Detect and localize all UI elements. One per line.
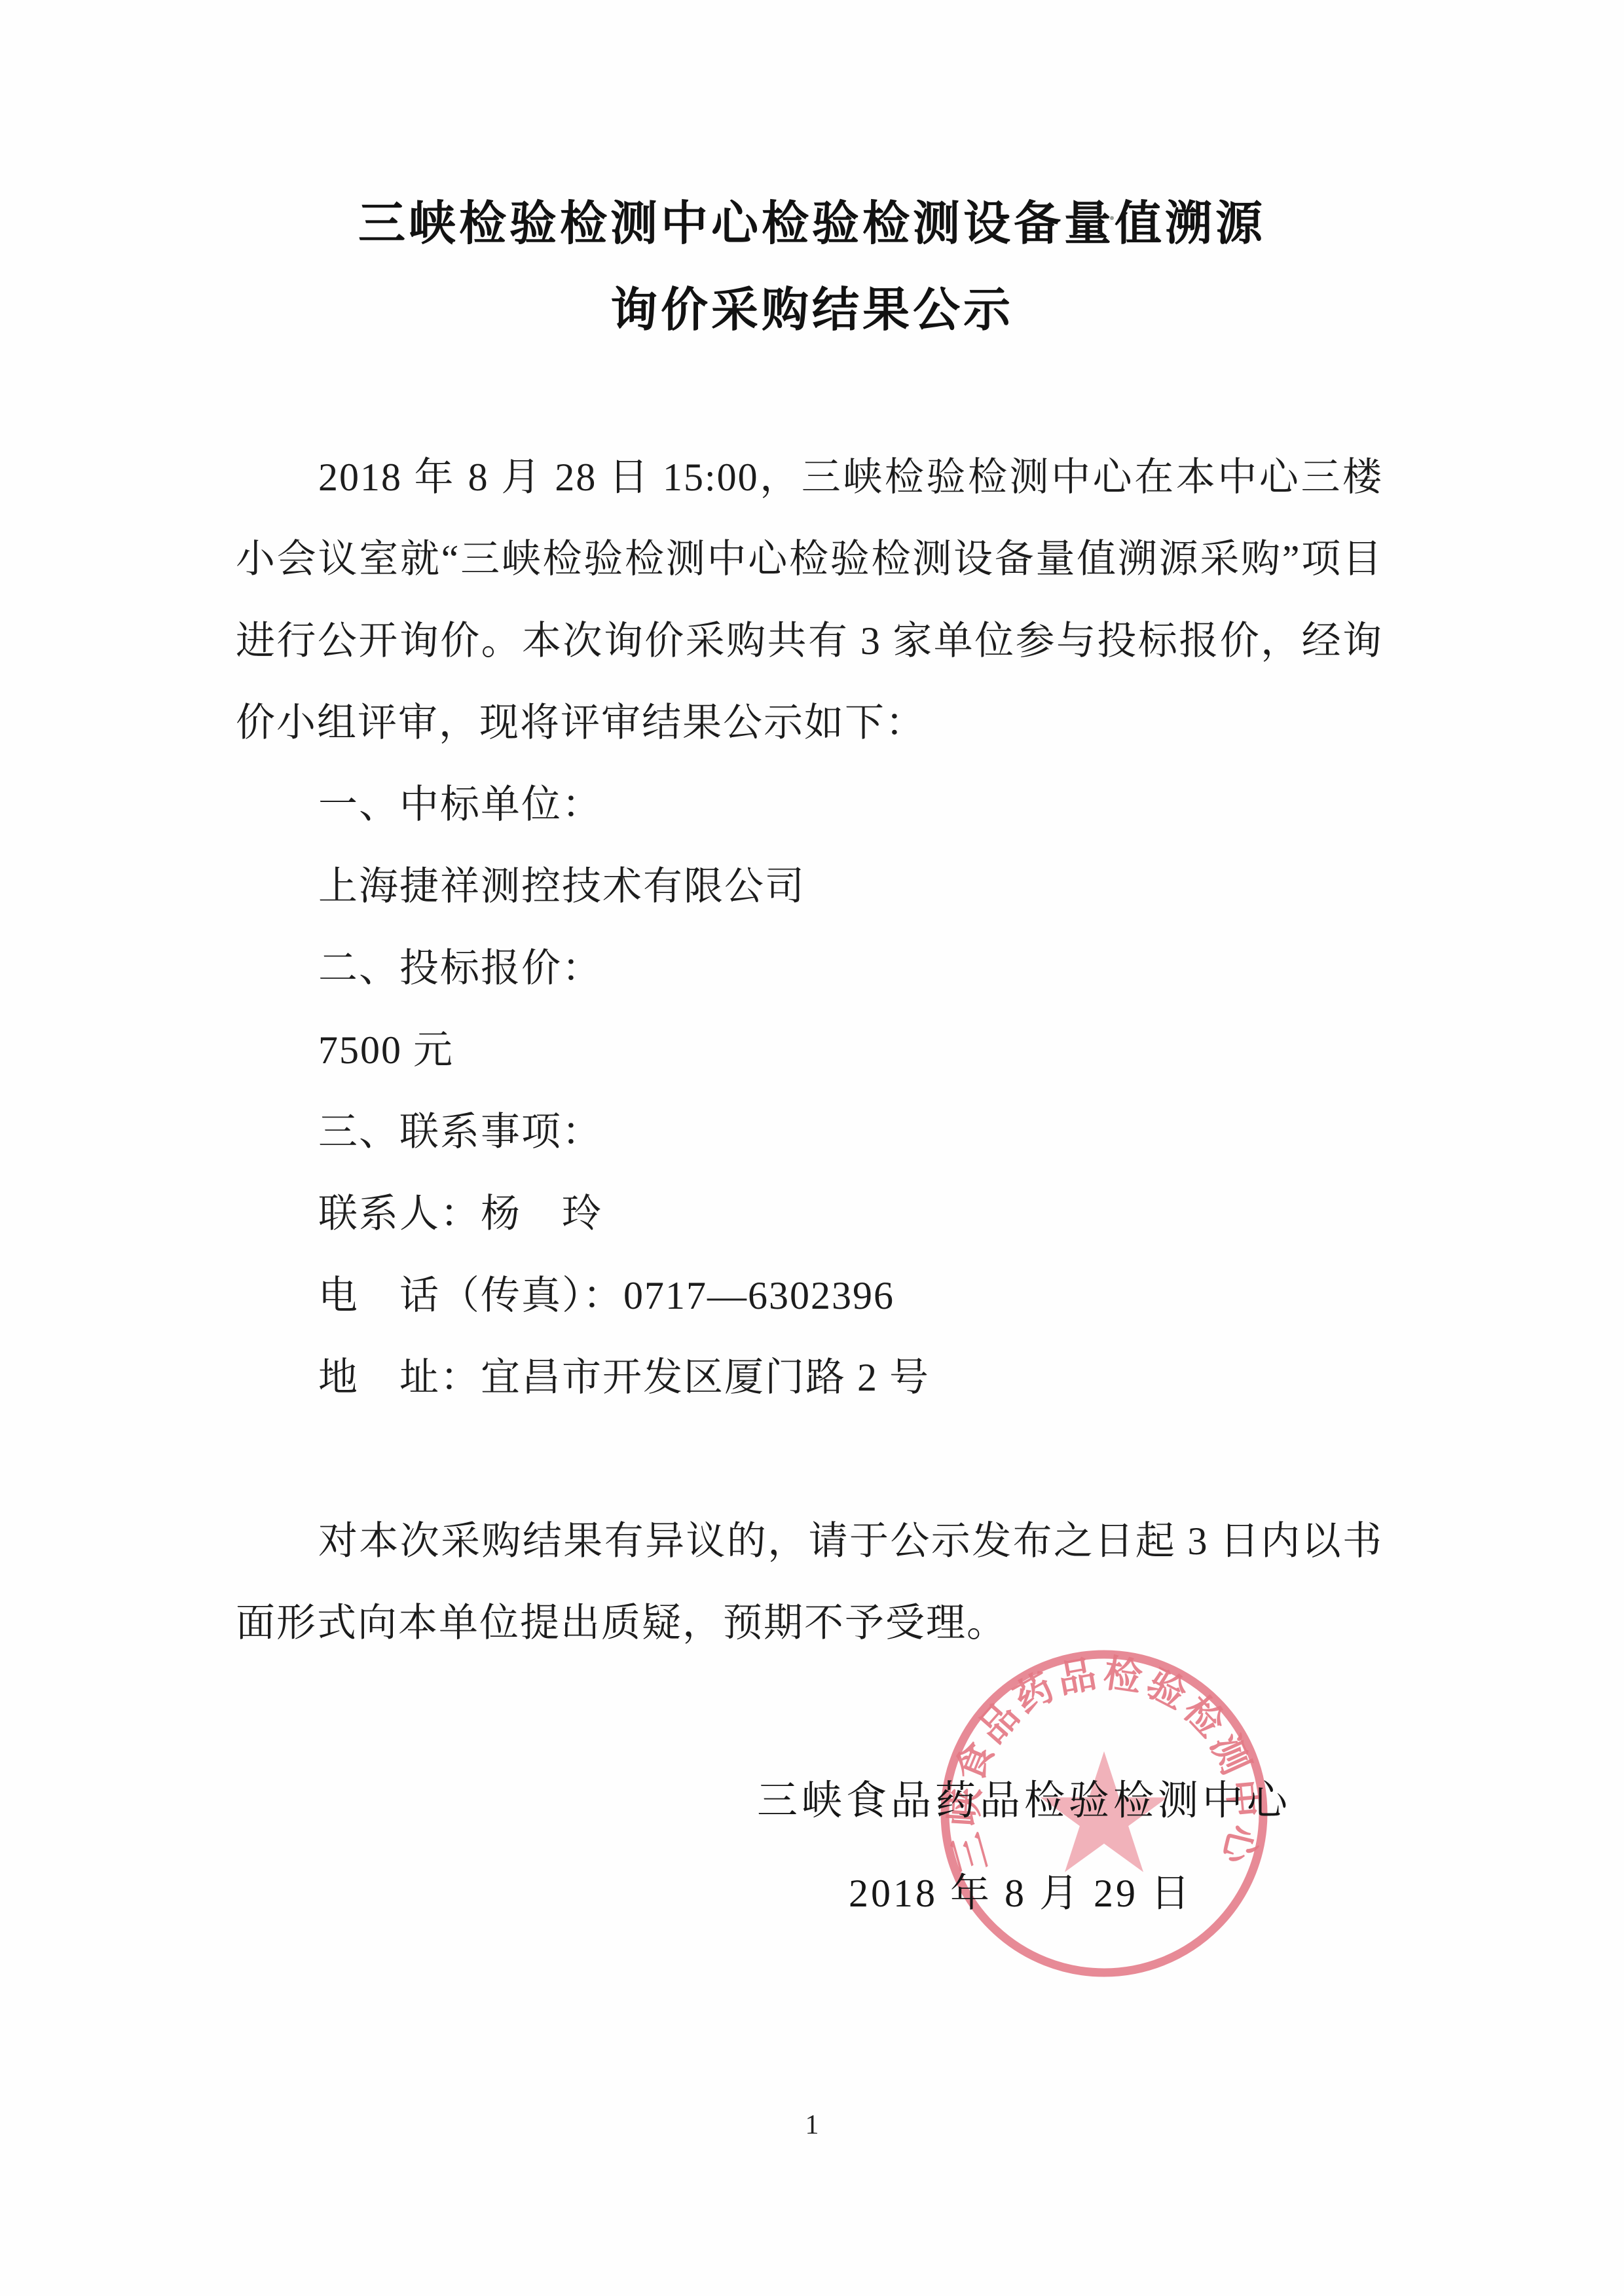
page-number: 1 xyxy=(0,2109,1624,2141)
scan-speck xyxy=(1110,216,1114,220)
section-2-heading: 二、投标报价： xyxy=(236,928,1383,1010)
section-1-heading: 一、中标单位： xyxy=(236,764,1383,846)
document-title: 三峡检验检测中心检验检测设备量值溯源 询价采购结果公示 xyxy=(0,181,1624,354)
document-page: 三峡检验检测中心检验检测设备量值溯源 询价采购结果公示 2018 年 8 月 2… xyxy=(0,0,1624,2296)
contact-person-line: 联系人：杨 玲 xyxy=(236,1173,1383,1255)
signature-organization: 三峡食品药品检验检测中心 xyxy=(757,1768,1291,1826)
intro-paragraph: 2018 年 8 月 28 日 15:00，三峡检验检测中心在本中心三楼小会议室… xyxy=(236,437,1383,764)
bid-price-value: 7500 元 xyxy=(236,1010,1383,1091)
section-3-heading: 三、联系事项： xyxy=(236,1091,1383,1173)
signature-date: 2018 年 8 月 29 日 xyxy=(849,1862,1192,1918)
seal-arc-text: 三峡食品药品检验检测中心 xyxy=(943,1652,1266,1877)
page-title-line-1: 三峡检验检测中心检验检测设备量值溯源 xyxy=(0,181,1624,267)
winning-bidder-value: 上海捷祥测控技术有限公司 xyxy=(236,846,1383,928)
document-body: 2018 年 8 月 28 日 15:00，三峡检验检测中心在本中心三楼小会议室… xyxy=(236,437,1383,1664)
contact-phone-line: 电 话（传真）：0717—6302396 xyxy=(236,1255,1383,1337)
closing-paragraph: 对本次采购结果有异议的，请于公示发布之日起 3 日内以书面形式向本单位提出质疑，… xyxy=(236,1501,1383,1664)
page-title-line-2: 询价采购结果公示 xyxy=(0,267,1624,354)
contact-address-line: 地 址：宜昌市开发区厦门路 2 号 xyxy=(236,1337,1383,1419)
